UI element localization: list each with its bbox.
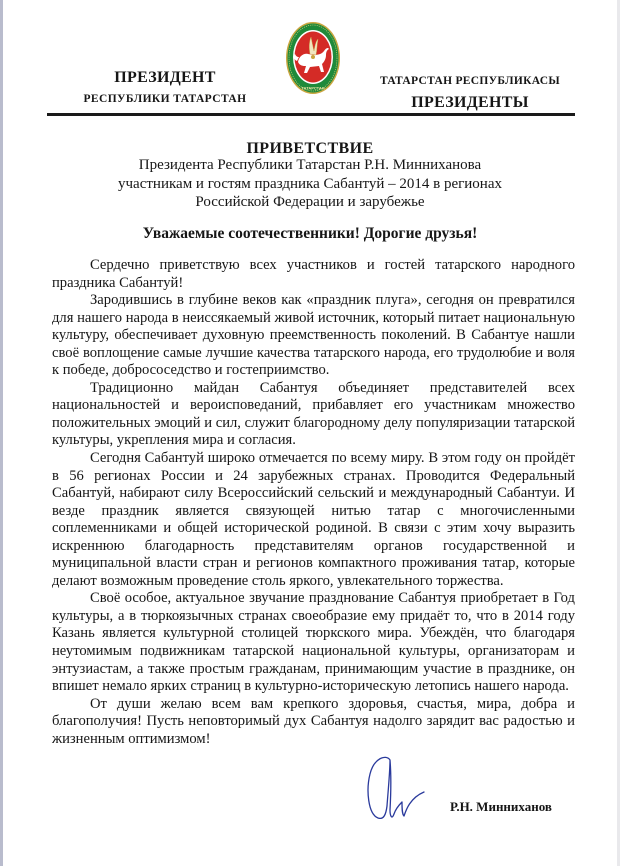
letterhead-left-subtitle: РЕСПУБЛИКИ ТАТАРСТАН (82, 93, 248, 105)
page-edge-left (0, 0, 3, 866)
subtitle-line: участникам и гостям праздника Сабантуй –… (100, 175, 520, 194)
signer-name: Р.Н. Минниханов (450, 799, 552, 815)
letterhead-divider (47, 113, 575, 116)
handwritten-signature-icon (360, 752, 430, 830)
paragraph: От души желаю всем вам крепкого здоровья… (52, 696, 575, 749)
letter-body: Сердечно приветствую всех участников и г… (52, 257, 575, 748)
letterhead-left-title: ПРЕЗИДЕНТ (110, 69, 220, 87)
letterhead-right-subtitle: ТАТАРСТАН РЕСПУБЛИКАСЫ (370, 75, 570, 87)
salutation: Уважаемые соотечественники! Дорогие друз… (0, 225, 620, 243)
subtitle-line: Президента Республики Татарстан Р.Н. Мин… (100, 156, 520, 175)
letterhead-right-title: ПРЕЗИДЕНТЫ (400, 94, 540, 112)
paragraph: Сердечно приветствую всех участников и г… (52, 257, 575, 292)
document-subtitle: Президента Республики Татарстан Р.Н. Мин… (100, 156, 520, 212)
paragraph: Своё особое, актуальное звучание праздно… (52, 590, 575, 695)
svg-text:ТАТАРСТАН: ТАТАРСТАН (301, 86, 324, 91)
subtitle-line: Российской Федерации и зарубежье (100, 193, 520, 212)
paragraph: Зародившись в глубине веков как «праздни… (52, 292, 575, 380)
tatarstan-coat-of-arms-icon: ТАТАРСТАН (284, 20, 342, 98)
paragraph: Традиционно майдан Сабантуя объединяет п… (52, 380, 575, 450)
paragraph: Сегодня Сабантуй широко отмечается по вс… (52, 450, 575, 590)
